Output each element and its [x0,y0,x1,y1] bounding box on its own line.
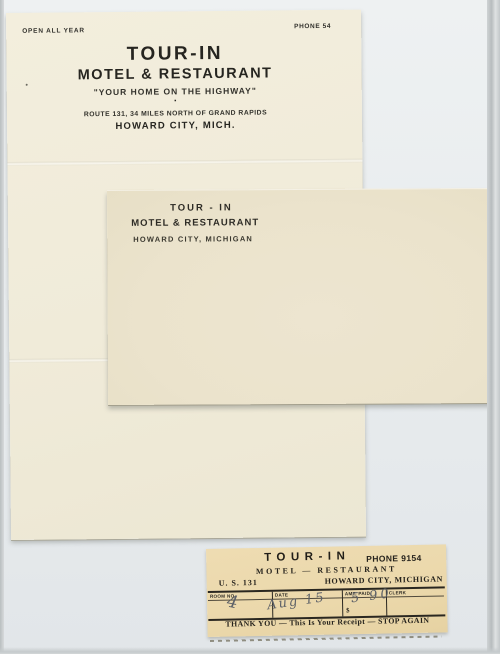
letterhead-heading-block: TOUR-IN MOTEL & RESTAURANT "YOUR HOME ON… [0,42,353,133]
receipt-city-line: HOWARD CITY, MICHIGAN [325,574,443,585]
dollar-sign: $ [346,607,349,614]
letterhead-business-name: TOUR-IN [0,42,353,67]
clerk-cell: CLERK [387,588,444,615]
photo-edge-right [487,0,500,654]
paper-speck [26,84,28,86]
fold-crease [7,159,362,166]
letterhead-city-line: HOWARD CITY, MICH. [0,119,353,133]
open-all-year-label: OPEN ALL YEAR [22,27,85,35]
letterhead-subtitle: MOTEL & RESTAURANT [0,65,353,84]
letterhead-phone-label: PHONE 54 [294,23,331,30]
envelope-business-name: TOUR - IN [170,202,233,213]
photo-edge-bottom [0,647,500,654]
photo-edge-left [0,0,4,654]
receipt: TOUR-IN PHONE 9154 MOTEL — RESTAURANT U.… [206,544,448,637]
envelope-subtitle: MOTEL & RESTAURANT [131,217,259,229]
stationery-photo: OPEN ALL YEAR PHONE 54 TOUR-IN MOTEL & R… [0,0,500,654]
letterhead-route-line: ROUTE 131, 34 MILES NORTH OF GRAND RAPID… [0,109,353,119]
perforated-edge [210,635,442,641]
receipt-highway-label: U. S. 131 [219,578,258,588]
receipt-phone-label: PHONE 9154 [366,553,422,564]
envelope-city-line: HOWARD CITY, MICHIGAN [133,234,253,244]
clerk-header: CLERK [387,588,444,597]
square-bullet-icon: ▪ [0,98,353,106]
receipt-business-name: TOUR-IN [264,550,350,564]
room-no-cell: ROOM NO. [208,592,273,619]
envelope: TOUR - IN MOTEL & RESTAURANT HOWARD CITY… [107,188,492,405]
letterhead-tagline: "YOUR HOME ON THE HIGHWAY" [0,85,353,98]
